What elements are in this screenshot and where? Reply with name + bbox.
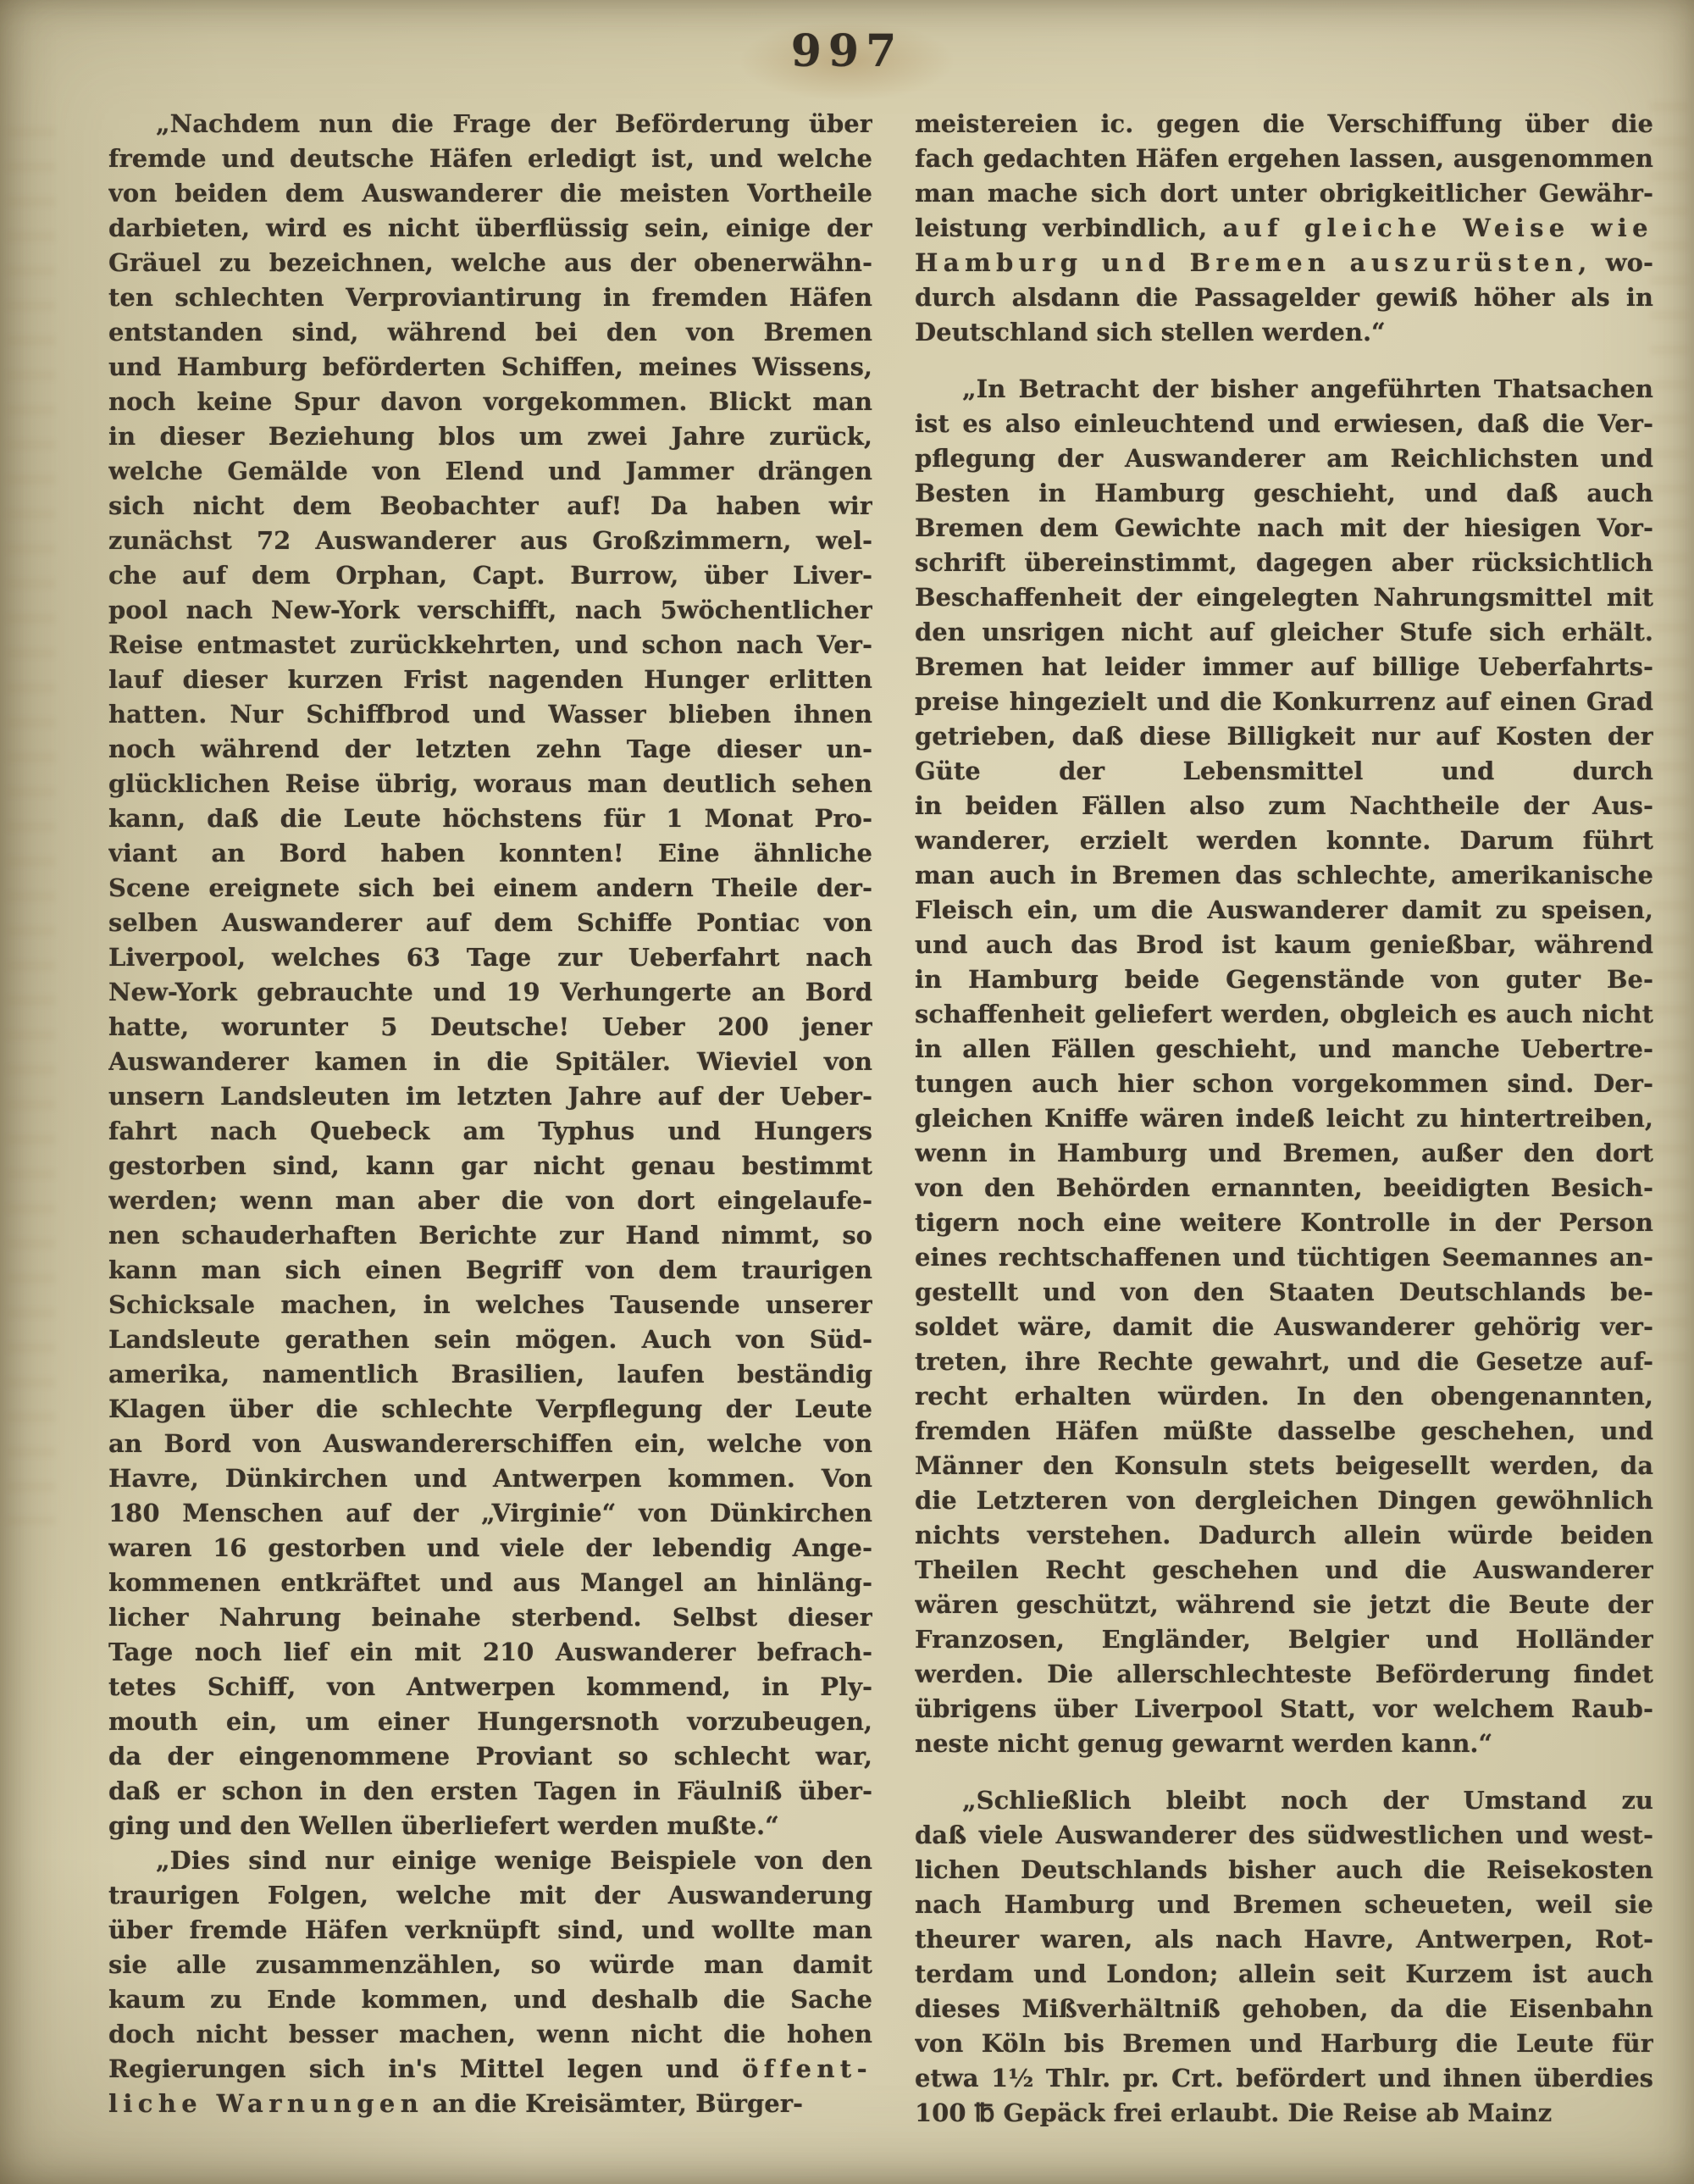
text-line: daß er schon in den ersten Tagen in Fäul… — [108, 1774, 872, 1809]
paragraph: meistereien ic. gegen die Verschiffung ü… — [915, 107, 1653, 350]
text-line: an Bord von Auswandererschiffen ein, wel… — [108, 1427, 872, 1461]
text-line: treten, ihre Rechte gewahrt, und die Ges… — [915, 1344, 1653, 1379]
text-line: Franzosen, Engländer, Belgier und Hollän… — [915, 1622, 1653, 1657]
emphasized-text: Hamburg und Bremen auszurüsten, — [915, 248, 1592, 277]
bleedthrough-right-margin — [1650, 102, 1689, 1372]
paragraph: „In Betracht der bisher angeführten That… — [915, 372, 1653, 1761]
text-line: Liverpool, welches 63 Tage zur Ueberfahr… — [108, 940, 872, 975]
text-line: „In Betracht der bisher angeführten That… — [915, 372, 1653, 407]
text-line: kommenen entkräftet und aus Mangel an hi… — [108, 1566, 872, 1600]
bleedthrough-left-margin — [7, 127, 56, 1525]
text-line: noch keine Spur davon vorgekommen. Blick… — [108, 385, 872, 419]
text-line: Klagen über die schlechte Verpflegung de… — [108, 1392, 872, 1427]
text-line: darbieten, wird es nicht überflüssig sei… — [108, 211, 872, 246]
text-line: wären geschützt, während sie jetzt die B… — [915, 1588, 1653, 1622]
text-line: licher Nahrung beinahe sterbend. Selbst … — [108, 1600, 872, 1635]
text-line: gestellt und von den Staaten Deutschland… — [915, 1275, 1653, 1310]
text-line: welche Gemälde von Elend und Jammer drän… — [108, 454, 872, 489]
text-line: Theilen Recht geschehen und die Auswande… — [915, 1553, 1653, 1588]
text-line: sich nicht dem Beobachter auf! Da haben … — [108, 489, 872, 524]
text-columns: „Nachdem nun die Frage der Beförderung ü… — [108, 107, 1653, 2131]
text-line: fremden Häfen müßte dasselbe geschehen, … — [915, 1414, 1653, 1449]
text-line: leistung verbindlich, auf gleiche Weise … — [915, 211, 1653, 246]
paragraph: „Dies sind nur einige wenige Beispiele v… — [108, 1843, 872, 2121]
text-line: sie alle zusammenzählen, so würde man da… — [108, 1948, 872, 1982]
text-line: von Köln bis Bremen und Harburg die Leut… — [915, 2026, 1653, 2061]
text-line: Fleisch ein, um die Auswanderer damit zu… — [915, 893, 1653, 928]
text-line: 180 Menschen auf der „Virginie“ von Dünk… — [108, 1496, 872, 1531]
text-line: über fremde Häfen verknüpft sind, und wo… — [108, 1913, 872, 1948]
text-line: und auch das Brod ist kaum genießbar, wä… — [915, 928, 1653, 962]
text-line: New-York gebrauchte und 19 Verhungerte a… — [108, 975, 872, 1010]
text-line: Regierungen sich in's Mittel legen und ö… — [108, 2052, 872, 2087]
text-line: daß viele Auswanderer des südwestlichen … — [915, 1818, 1653, 1853]
text-line: schaffenheit geliefert werden, obgleich … — [915, 997, 1653, 1032]
text-line: unsern Landsleuten im letzten Jahre auf … — [108, 1079, 872, 1114]
text-line: dieses Mißverhältniß gehoben, da die Eis… — [915, 1992, 1653, 2026]
text-line: die Letzteren von dergleichen Dingen gew… — [915, 1483, 1653, 1518]
text-line: kann, daß die Leute höchstens für 1 Mona… — [108, 801, 872, 836]
text-line: Schicksale machen, in welches Tausende u… — [108, 1288, 872, 1322]
text-line: hatte, worunter 5 Deutsche! Ueber 200 je… — [108, 1010, 872, 1045]
text-line: liche Warnungen an die Kreisämter, Bürge… — [108, 2087, 872, 2121]
text-line: Männer den Konsuln stets beigesellt werd… — [915, 1449, 1653, 1483]
text-line: meistereien ic. gegen die Verschiffung ü… — [915, 107, 1653, 141]
text-line: „Nachdem nun die Frage der Beförderung ü… — [108, 107, 872, 141]
text-line: in allen Fällen geschieht, und manche Ue… — [915, 1032, 1653, 1067]
text-line: getrieben, daß diese Billigkeit nur auf … — [915, 719, 1653, 754]
text-line: fahrt nach Quebeck am Typhus und Hungers — [108, 1114, 872, 1149]
emphasized-text: öffent- — [742, 2054, 872, 2083]
text-line: und Hamburg beförderten Schiffen, meines… — [108, 350, 872, 385]
text-line: wenn in Hamburg und Bremen, außer den do… — [915, 1136, 1653, 1171]
emphasized-text: liche Warnungen — [108, 2089, 423, 2118]
text-line: übrigens über Liverpool Statt, vor welch… — [915, 1692, 1653, 1727]
text-line: ging und den Wellen überliefert werden m… — [108, 1809, 872, 1843]
text-line: fremde und deutsche Häfen erledigt ist, … — [108, 141, 872, 176]
text-line: von den Behörden ernannten, beeidigten B… — [915, 1171, 1653, 1206]
paragraph: „Schließlich bleibt noch der Umstand zu … — [915, 1783, 1653, 2131]
text-line: von beiden dem Auswanderer die meisten V… — [108, 176, 872, 211]
text-line: in Hamburg beide Gegenstände von guter B… — [915, 962, 1653, 997]
text-line: gestorben sind, kann gar nicht genau bes… — [108, 1149, 872, 1183]
text-line: Bremen hat leider immer auf billige Uebe… — [915, 650, 1653, 685]
text-line: Gräuel zu bezeichnen, welche aus der obe… — [108, 246, 872, 280]
text-line: Landsleute gerathen sein mögen. Auch von… — [108, 1322, 872, 1357]
left-column: „Nachdem nun die Frage der Beförderung ü… — [108, 107, 872, 2131]
scanned-page: 997 „Nachdem nun die Frage der Beförderu… — [0, 0, 1694, 2184]
text-line: noch während der letzten zehn Tage diese… — [108, 732, 872, 767]
text-line: Scene ereignete sich bei einem andern Th… — [108, 871, 872, 906]
right-column: meistereien ic. gegen die Verschiffung ü… — [915, 107, 1653, 2131]
text-line: Bremen dem Gewichte nach mit der hiesige… — [915, 511, 1653, 546]
text-line: Auswanderer kamen in die Spitäler. Wievi… — [108, 1045, 872, 1079]
text-line: tungen auch hier schon vorgekommen sind.… — [915, 1067, 1653, 1101]
text-line: neste nicht genug gewarnt werden kann.“ — [915, 1727, 1653, 1761]
text-line: nichts verstehen. Dadurch allein würde b… — [915, 1518, 1653, 1553]
text-line: ist es also einleuchtend und erwiesen, d… — [915, 407, 1653, 441]
text-line: nach Hamburg und Bremen scheueten, weil … — [915, 1887, 1653, 1922]
text-line: ten schlechten Verproviantirung in fremd… — [108, 280, 872, 315]
text-line: Havre, Dünkirchen und Antwerpen kommen. … — [108, 1461, 872, 1496]
text-line: da der eingenommene Proviant so schlecht… — [108, 1739, 872, 1774]
text-line: mouth ein, um einer Hungersnoth vorzubeu… — [108, 1705, 872, 1739]
text-line: werden; wenn man aber die von dort einge… — [108, 1183, 872, 1218]
text-line: che auf dem Orphan, Capt. Burrow, über L… — [108, 558, 872, 593]
text-line: pool nach New-York verschifft, nach 5wöc… — [108, 593, 872, 628]
text-line: amerika, namentlich Brasilien, laufen be… — [108, 1357, 872, 1392]
text-line: man mache sich dort unter obrigkeitliche… — [915, 176, 1653, 211]
paragraph: „Nachdem nun die Frage der Beförderung ü… — [108, 107, 872, 1843]
text-line: doch nicht besser machen, wenn nicht die… — [108, 2017, 872, 2052]
text-line: recht erhalten würden. In den obengenann… — [915, 1379, 1653, 1414]
text-line: gleichen Kniffe wären indeß leicht zu hi… — [915, 1101, 1653, 1136]
text-line: theurer waren, als nach Havre, Antwerpen… — [915, 1922, 1653, 1957]
text-line: den unsrigen nicht auf gleicher Stufe si… — [915, 615, 1653, 650]
text-line: waren 16 gestorben und viele der lebendi… — [108, 1531, 872, 1566]
emphasized-text: auf gleiche Weise wie in — [915, 213, 1653, 246]
text-line: hatten. Nur Schiffbrod und Wasser bliebe… — [108, 697, 872, 732]
text-line: Güte der Lebensmittel und durch Raumbesc… — [915, 754, 1653, 789]
text-line: werden. Die allerschlechteste Beförderun… — [915, 1657, 1653, 1692]
text-line: preise hingezielt und die Konkurrenz auf… — [915, 685, 1653, 719]
text-line: 100 ℔ Gepäck frei erlaubt. Die Reise ab … — [915, 2096, 1653, 2131]
text-line: „Schließlich bleibt noch der Umstand zu … — [915, 1783, 1653, 1818]
text-line: zunächst 72 Auswanderer aus Großzimmern,… — [108, 524, 872, 558]
text-line: tetes Schiff, von Antwerpen kommend, in … — [108, 1670, 872, 1705]
text-line: man auch in Bremen das schlechte, amerik… — [915, 858, 1653, 893]
text-line: traurigen Folgen, welche mit der Auswand… — [108, 1878, 872, 1913]
text-line: Deutschland sich stellen werden.“ — [915, 315, 1653, 350]
text-line: fach gedachten Häfen ergehen lassen, aus… — [915, 141, 1653, 176]
text-line: Besten in Hamburg geschieht, und daß auc… — [915, 476, 1653, 511]
text-line: wanderer, erzielt werden konnte. Darum f… — [915, 823, 1653, 858]
text-line: etwa 1½ Thlr. pr. Crt. befördert und ihn… — [915, 2061, 1653, 2096]
text-line: selben Auswanderer auf dem Schiffe Ponti… — [108, 906, 872, 940]
text-line: viant an Bord haben konnten! Eine ähnlic… — [108, 836, 872, 871]
text-line: durch alsdann die Passagelder gewiß höhe… — [915, 280, 1653, 315]
text-line: kaum zu Ende kommen, und deshalb die Sac… — [108, 1982, 872, 2017]
text-line: in beiden Fällen also zum Nachtheile der… — [915, 789, 1653, 823]
text-line: Beschaffenheit der eingelegten Nahrungsm… — [915, 580, 1653, 615]
text-line: terdam und London; allein seit Kurzem is… — [915, 1957, 1653, 1992]
text-line: Hamburg und Bremen auszurüsten, wo- — [915, 246, 1653, 280]
text-line: tigern noch eine weitere Kontrolle in de… — [915, 1206, 1653, 1240]
text-line: lauf dieser kurzen Frist nagenden Hunger… — [108, 662, 872, 697]
text-line: lichen Deutschlands bisher auch die Reis… — [915, 1853, 1653, 1887]
text-line: Tage noch lief ein mit 210 Auswanderer b… — [108, 1635, 872, 1670]
text-line: soldet wäre, damit die Auswanderer gehör… — [915, 1310, 1653, 1344]
text-line: „Dies sind nur einige wenige Beispiele v… — [108, 1843, 872, 1878]
text-line: schrift übereinstimmt, dagegen aber rück… — [915, 546, 1653, 580]
text-line: Reise entmastet zurückkehrten, und schon… — [108, 628, 872, 662]
text-line: eines rechtschaffenen und tüchtigen Seem… — [915, 1240, 1653, 1275]
text-line: in dieser Beziehung blos um zwei Jahre z… — [108, 419, 872, 454]
text-line: glücklichen Reise übrig, woraus man deut… — [108, 767, 872, 801]
page-number: 997 — [0, 25, 1694, 77]
text-line: kann man sich einen Begriff von dem trau… — [108, 1253, 872, 1288]
text-line: entstanden sind, während bei den von Bre… — [108, 315, 872, 350]
text-line: nen schauderhaften Berichte zur Hand nim… — [108, 1218, 872, 1253]
text-line: pflegung der Auswanderer am Reichlichste… — [915, 441, 1653, 476]
